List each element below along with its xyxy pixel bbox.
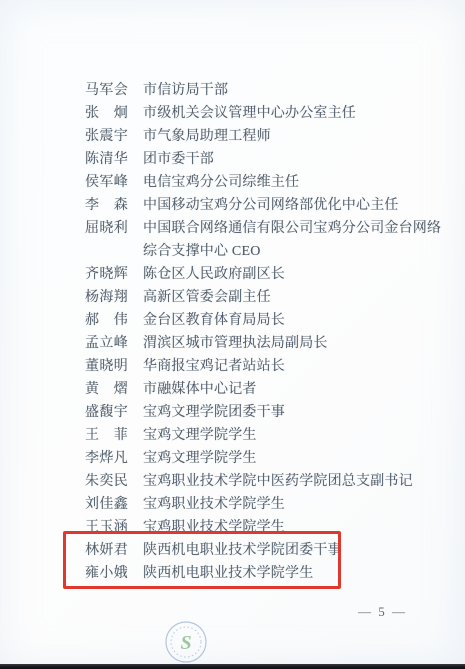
person-title-line: 宝鸡职业技术学院中医药学院团总支副书记 [143, 470, 413, 493]
person-name: 林妍君 [85, 539, 143, 562]
roster-row: 林妍君陕西机电职业技术学院团委干事 [85, 539, 441, 562]
person-title-line: 华商报宝鸡记者站站长 [143, 355, 285, 378]
person-name: 黄 熠 [85, 378, 143, 401]
person-name: 杨海翔 [85, 286, 143, 309]
person-title-line: 金台区教育体育局局长 [143, 309, 285, 332]
person-title-line: 中国联合网络通信有限公司宝鸡分公司金台网络 [143, 217, 441, 240]
roster-row: 侯军峰电信宝鸡分公司综维主任 [85, 171, 441, 194]
person-title: 宝鸡职业技术学院学生 [143, 493, 285, 516]
person-title: 市融媒体中心记者 [143, 378, 257, 401]
person-name: 屈晓利 [85, 217, 143, 240]
person-title-line: 渭滨区城市管理执法局副局长 [143, 332, 328, 355]
roster-row: 张震宇市气象局助理工程师 [85, 125, 441, 148]
person-name: 张 炯 [85, 102, 143, 125]
person-title-line: 团市委干部 [143, 148, 214, 171]
roster-row: 董晓明华商报宝鸡记者站站长 [85, 355, 441, 378]
person-name: 郝 伟 [85, 309, 143, 332]
person-title: 市信访局干部 [143, 79, 228, 102]
person-name: 齐晓辉 [85, 263, 143, 286]
person-title-line: 电信宝鸡分公司综维主任 [143, 171, 299, 194]
person-name: 陈清华 [85, 148, 143, 171]
person-title: 陈仓区人民政府副区长 [143, 263, 285, 286]
person-name: 刘佳鑫 [85, 493, 143, 516]
person-name: 朱奕民 [85, 470, 143, 493]
person-title: 陕西机电职业技术学院团委干事 [143, 539, 342, 562]
person-name: 侯军峰 [85, 171, 143, 194]
person-title: 陕西机电职业技术学院学生 [143, 562, 313, 585]
person-title: 宝鸡职业技术学院中医药学院团总支副书记 [143, 470, 413, 493]
roster-row: 黄 熠市融媒体中心记者 [85, 378, 441, 401]
person-title: 中国联合网络通信有限公司宝鸡分公司金台网络综合支撑中心 CEO [143, 217, 441, 263]
name-roster: 马军会市信访局干部张 炯市级机关会议管理中心办公室主任张震宇市气象局助理工程师陈… [85, 79, 441, 585]
person-title: 市气象局助理工程师 [143, 125, 271, 148]
roster-row: 郝 伟金台区教育体育局局长 [85, 309, 441, 332]
person-title: 宝鸡文理学院学生 [143, 424, 257, 447]
roster-row: 孟立峰渭滨区城市管理执法局副局长 [85, 332, 441, 355]
person-title-line: 综合支撑中心 CEO [143, 240, 441, 263]
circular-seal-icon: S [164, 620, 208, 664]
person-name: 李 森 [85, 194, 143, 217]
person-name: 王 菲 [85, 424, 143, 447]
roster-row: 王玉涵宝鸡职业技术学院学生 [85, 516, 441, 539]
person-title-line: 宝鸡职业技术学院学生 [143, 516, 285, 539]
roster-row: 齐晓辉陈仓区人民政府副区长 [85, 263, 441, 286]
person-title-line: 陕西机电职业技术学院团委干事 [143, 539, 342, 562]
person-title: 中国移动宝鸡分公司网络部优化中心主任 [143, 194, 399, 217]
person-name: 盛馥宇 [85, 401, 143, 424]
roster-row: 盛馥宇宝鸡文理学院团委干事 [85, 401, 441, 424]
person-title: 电信宝鸡分公司综维主任 [143, 171, 299, 194]
roster-row: 刘佳鑫宝鸡职业技术学院学生 [85, 493, 441, 516]
person-title-line: 市气象局助理工程师 [143, 125, 271, 148]
person-title: 华商报宝鸡记者站站长 [143, 355, 285, 378]
person-title-line: 陕西机电职业技术学院学生 [143, 562, 313, 585]
roster-row: 屈晓利中国联合网络通信有限公司宝鸡分公司金台网络综合支撑中心 CEO [85, 217, 441, 263]
roster-row: 李烨凡宝鸡文理学院学生 [85, 447, 441, 470]
person-title-line: 宝鸡文理学院学生 [143, 424, 257, 447]
person-title-line: 宝鸡文理学院团委干事 [143, 401, 285, 424]
person-title-line: 陈仓区人民政府副区长 [143, 263, 285, 286]
person-title: 宝鸡职业技术学院学生 [143, 516, 285, 539]
roster-row: 雍小娥陕西机电职业技术学院学生 [85, 562, 441, 585]
roster-row: 马军会市信访局干部 [85, 79, 441, 102]
person-title-line: 市信访局干部 [143, 79, 228, 102]
person-title: 市级机关会议管理中心办公室主任 [143, 102, 356, 125]
person-title-line: 宝鸡文理学院学生 [143, 447, 257, 470]
person-title-line: 市级机关会议管理中心办公室主任 [143, 102, 356, 125]
person-title-line: 市融媒体中心记者 [143, 378, 257, 401]
roster-row: 张 炯市级机关会议管理中心办公室主任 [85, 102, 441, 125]
person-name: 孟立峰 [85, 332, 143, 355]
person-name: 张震宇 [85, 125, 143, 148]
person-title-line: 宝鸡职业技术学院学生 [143, 493, 285, 516]
person-name: 王玉涵 [85, 516, 143, 539]
roster-row: 杨海翔高新区管委会副主任 [85, 286, 441, 309]
person-title: 团市委干部 [143, 148, 214, 171]
page-number: — 5 — [358, 604, 407, 620]
roster-row: 李 森中国移动宝鸡分公司网络部优化中心主任 [85, 194, 441, 217]
person-title: 高新区管委会副主任 [143, 286, 271, 309]
roster-row: 王 菲宝鸡文理学院学生 [85, 424, 441, 447]
person-title: 渭滨区城市管理执法局副局长 [143, 332, 328, 355]
scan-edge [0, 664, 465, 669]
seal-center-glyph: S [180, 632, 191, 654]
person-name: 雍小娥 [85, 562, 143, 585]
roster-row: 朱奕民宝鸡职业技术学院中医药学院团总支副书记 [85, 470, 441, 493]
person-title: 金台区教育体育局局长 [143, 309, 285, 332]
roster-row: 陈清华团市委干部 [85, 148, 441, 171]
person-title: 宝鸡文理学院学生 [143, 447, 257, 470]
person-title: 宝鸡文理学院团委干事 [143, 401, 285, 424]
person-name: 董晓明 [85, 355, 143, 378]
person-title-line: 高新区管委会副主任 [143, 286, 271, 309]
person-name: 马军会 [85, 79, 143, 102]
person-title-line: 中国移动宝鸡分公司网络部优化中心主任 [143, 194, 399, 217]
document-page: 马军会市信访局干部张 炯市级机关会议管理中心办公室主任张震宇市气象局助理工程师陈… [0, 0, 465, 669]
person-name: 李烨凡 [85, 447, 143, 470]
